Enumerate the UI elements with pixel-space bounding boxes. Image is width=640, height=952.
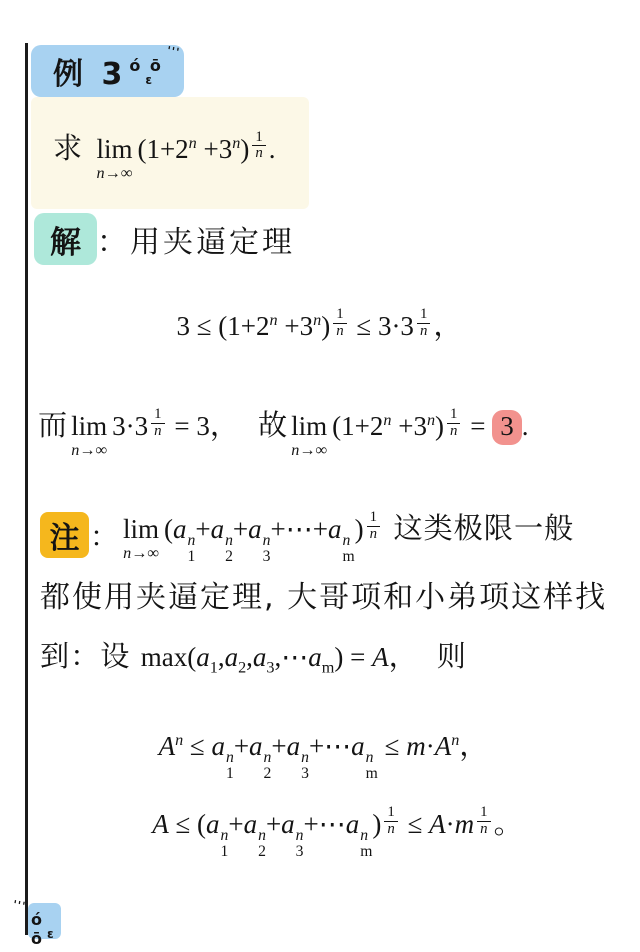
math-token: a bbox=[244, 809, 258, 839]
math-token: an3 bbox=[287, 731, 309, 781]
math-token: 3 bbox=[296, 844, 304, 860]
math-token: A bbox=[372, 642, 389, 672]
math-token: a bbox=[253, 642, 267, 672]
math-token: +3 bbox=[391, 411, 426, 441]
math-token: lim bbox=[96, 136, 132, 163]
math-token: 3 bbox=[301, 766, 309, 782]
math-token: +⋯+ bbox=[270, 514, 327, 544]
math-token: 1n bbox=[384, 805, 397, 837]
math-token: + bbox=[195, 514, 210, 544]
math-token: ， bbox=[389, 639, 419, 673]
math-token: n→∞ bbox=[123, 545, 159, 561]
math-token: 1 bbox=[367, 510, 380, 527]
math-token: 1 bbox=[447, 407, 460, 424]
math-token: 2 bbox=[264, 766, 272, 782]
math-token: ( bbox=[164, 514, 173, 544]
doodle-ticks: ''' bbox=[166, 44, 181, 59]
math-token: (1+2 bbox=[332, 411, 383, 441]
math-token: 2 bbox=[238, 658, 246, 676]
math-token: 2 bbox=[258, 844, 266, 860]
math-token: 故 bbox=[258, 408, 288, 442]
math-token: ) bbox=[321, 311, 330, 341]
math-token: m bbox=[360, 844, 372, 860]
math-token: 1n bbox=[447, 407, 460, 439]
math-token: 1 bbox=[252, 130, 265, 147]
math-token: n bbox=[342, 533, 350, 549]
math-token: n2 bbox=[258, 828, 266, 859]
math-token: · bbox=[426, 731, 435, 761]
math-token: ) = bbox=[334, 642, 372, 672]
math-token: (1+2 bbox=[137, 134, 188, 164]
math-token: 求 bbox=[53, 131, 93, 165]
math-token: n bbox=[270, 311, 278, 329]
math-token: = 3 bbox=[168, 411, 210, 441]
note-badge: 注 bbox=[40, 512, 89, 558]
math-token: n bbox=[225, 533, 233, 549]
math-token: m bbox=[406, 731, 426, 761]
math-token: m bbox=[366, 766, 378, 782]
math-token: 则 bbox=[437, 639, 467, 673]
math-token: + bbox=[266, 809, 281, 839]
doodle-face-icon: ó ō ε ''' bbox=[126, 49, 182, 93]
math-token: m bbox=[455, 809, 475, 839]
math-token: 。 bbox=[494, 806, 524, 840]
math-token: ,⋯ bbox=[275, 642, 309, 672]
limit-operator: limn→∞ bbox=[71, 413, 107, 458]
math-token: +⋯ bbox=[304, 809, 346, 839]
limit-operator: limn→∞ bbox=[96, 136, 132, 181]
math-token: a bbox=[351, 731, 365, 761]
math-token: ≤ bbox=[183, 731, 211, 761]
math-token: an2 bbox=[211, 514, 233, 564]
doodle-ticks: ''' bbox=[12, 898, 27, 913]
math-token: ) bbox=[435, 411, 444, 441]
math-token: an2 bbox=[249, 731, 271, 781]
math-token: +3 bbox=[197, 134, 232, 164]
math-token: ≤ ( bbox=[169, 809, 206, 839]
math-token: n bbox=[255, 146, 262, 162]
math-token: n bbox=[301, 750, 309, 766]
math-token: a bbox=[225, 642, 239, 672]
math-token: nm bbox=[360, 828, 372, 859]
math-token: a bbox=[206, 809, 220, 839]
problem-card: 求 limn→∞(1+2n +3n)1n. bbox=[31, 97, 309, 209]
math-token: n→∞ bbox=[71, 442, 107, 458]
math-token: 3 bbox=[263, 549, 271, 565]
math-token: + bbox=[233, 514, 248, 544]
math-token: an3 bbox=[281, 809, 303, 859]
math-token: max( bbox=[141, 642, 196, 672]
math-token: n bbox=[450, 424, 457, 440]
math-token: 1n bbox=[151, 407, 164, 439]
math-token: n bbox=[296, 828, 304, 844]
math-token: a bbox=[211, 731, 225, 761]
math-token: 1n bbox=[252, 130, 265, 162]
math-token: ， bbox=[210, 408, 240, 442]
math-token: ≤ bbox=[378, 731, 406, 761]
math-token: anm bbox=[351, 731, 378, 781]
math-token: 1n bbox=[417, 307, 430, 339]
math-token: n bbox=[420, 324, 427, 340]
math-token: 1 bbox=[221, 844, 229, 860]
math-token: an1 bbox=[206, 809, 228, 859]
math-token: n bbox=[154, 424, 161, 440]
problem-formula: 求 limn→∞(1+2n +3n)1n. bbox=[53, 125, 276, 181]
general-inequality-2: A ≤ (an1+an2+an3+⋯anm)1n ≤ A·m1n。 bbox=[0, 800, 640, 859]
math-token: , bbox=[246, 642, 253, 672]
math-token: + bbox=[234, 731, 249, 761]
math-token: 而 bbox=[38, 408, 68, 442]
note-line-3: 到：设 max(a1,a2,a3,⋯am) = A，则 bbox=[40, 633, 467, 677]
note-colon: ： bbox=[90, 515, 118, 555]
math-token: n bbox=[189, 134, 197, 152]
math-token: 1 bbox=[188, 549, 196, 565]
math-token: 1 bbox=[151, 407, 164, 424]
math-token: a bbox=[196, 642, 210, 672]
solution-text: ：用夹逼定理 bbox=[97, 217, 295, 261]
math-token: m bbox=[342, 549, 354, 565]
math-token: 2 bbox=[225, 549, 233, 565]
math-token: a bbox=[346, 809, 360, 839]
math-token: a bbox=[173, 514, 187, 544]
math-token: ， bbox=[433, 308, 463, 342]
note-line-2: 都使用夹逼定理, 大哥项和小弟项这样找 bbox=[40, 572, 607, 616]
conclusion-line: 而limn→∞3·31n = 3，故limn→∞(1+2n +3n)1n = 3… bbox=[38, 402, 528, 458]
note-line-1: 注 ： limn→∞(an1+an2+an3+⋯+anm)1n 这类极限一般 bbox=[40, 505, 574, 564]
math-token: 这类极限一般 bbox=[383, 511, 574, 545]
math-token: +3 bbox=[278, 311, 313, 341]
math-token: 3 ≤ (1+2 bbox=[176, 311, 269, 341]
math-token: n2 bbox=[225, 533, 233, 564]
limit-operator: limn→∞ bbox=[123, 516, 159, 561]
math-token: n bbox=[313, 311, 321, 329]
math-token: a bbox=[211, 514, 225, 544]
math-token: n bbox=[387, 822, 394, 838]
math-token: 1n bbox=[477, 805, 490, 837]
math-token: 3 bbox=[266, 658, 274, 676]
solution-line: 解 ：用夹逼定理 bbox=[34, 213, 295, 265]
math-token: 1 bbox=[417, 307, 430, 324]
math-token: +⋯ bbox=[309, 731, 351, 761]
math-token: n1 bbox=[226, 750, 234, 781]
squeeze-inequality: 3 ≤ (1+2n +3n)1n ≤ 3·31n， bbox=[0, 302, 640, 344]
math-token: + bbox=[228, 809, 243, 839]
math-token: n bbox=[336, 324, 343, 340]
math-token: n bbox=[480, 822, 487, 838]
doodle-mouth: ε bbox=[145, 73, 152, 87]
doodle-eyes: ó ō bbox=[31, 910, 44, 948]
math-token: n bbox=[427, 411, 435, 429]
math-token: a bbox=[248, 514, 262, 544]
math-token: n bbox=[226, 750, 234, 766]
math-token: n→∞ bbox=[97, 165, 133, 181]
notes-page: 例 3 ó ō ε ''' 求 limn→∞(1+2n +3n)1n. 解 ：用… bbox=[0, 0, 640, 952]
math-token: + bbox=[271, 731, 286, 761]
math-token: ≤ bbox=[401, 809, 429, 839]
math-token: an1 bbox=[211, 731, 233, 781]
math-token: a bbox=[287, 731, 301, 761]
general-inequality-1: An ≤ an1+an2+an3+⋯anm ≤ m·An， bbox=[0, 722, 640, 781]
math-token: ) bbox=[372, 809, 381, 839]
math-token: a bbox=[308, 642, 322, 672]
math-token: 到：设 bbox=[40, 639, 141, 673]
math-token: 1 bbox=[210, 658, 218, 676]
math-token: 1 bbox=[384, 805, 397, 822]
math-token: A bbox=[429, 809, 446, 839]
math-token: n3 bbox=[301, 750, 309, 781]
math-token: A bbox=[159, 731, 176, 761]
math-token: A bbox=[435, 731, 452, 761]
math-token: nm bbox=[342, 533, 354, 564]
math-token: . bbox=[269, 134, 276, 164]
math-token: n bbox=[258, 828, 266, 844]
math-token: anm bbox=[328, 514, 355, 564]
note-limit-formula: limn→∞(an1+an2+an3+⋯+anm)1n 这类极限一般 bbox=[120, 505, 574, 564]
math-token: n bbox=[370, 527, 377, 543]
math-token: · bbox=[446, 809, 455, 839]
math-token: lim bbox=[123, 516, 159, 543]
math-token: an3 bbox=[248, 514, 270, 564]
math-token: a bbox=[281, 809, 295, 839]
footer-doodle-badge: ó ō ε ''' bbox=[28, 903, 61, 939]
math-token: m bbox=[322, 658, 335, 676]
doodle-mouth: ε bbox=[47, 927, 54, 941]
math-token: an2 bbox=[244, 809, 266, 859]
math-token: a bbox=[328, 514, 342, 544]
math-token: ) bbox=[355, 514, 364, 544]
math-token: 1 bbox=[333, 307, 346, 324]
math-token: A bbox=[152, 809, 169, 839]
math-token: nm bbox=[366, 750, 378, 781]
solution-badge: 解 bbox=[34, 213, 97, 265]
math-token: , bbox=[218, 642, 225, 672]
math-token: anm bbox=[346, 809, 373, 859]
math-token: n bbox=[366, 750, 374, 766]
math-token: ) bbox=[240, 134, 249, 164]
math-token: 1 bbox=[477, 805, 490, 822]
math-token: = bbox=[463, 411, 492, 441]
math-token: lim bbox=[71, 413, 107, 440]
math-token: 1n bbox=[367, 510, 380, 542]
math-token: lim bbox=[291, 413, 327, 440]
math-token: ， bbox=[459, 728, 489, 762]
math-token: ≤ 3·3 bbox=[350, 311, 414, 341]
math-token: . bbox=[522, 411, 529, 441]
math-token: 1 bbox=[226, 766, 234, 782]
math-token: a bbox=[249, 731, 263, 761]
math-token: 1n bbox=[333, 307, 346, 339]
math-token: an1 bbox=[173, 514, 195, 564]
math-token: n bbox=[360, 828, 368, 844]
highlighted-value: 3 bbox=[492, 410, 522, 445]
example-label: 例 3 bbox=[53, 49, 126, 93]
math-token: n3 bbox=[296, 828, 304, 859]
example-badge: 例 3 ó ō ε ''' bbox=[31, 45, 184, 97]
limit-operator: limn→∞ bbox=[291, 413, 327, 458]
math-token: n bbox=[175, 731, 183, 749]
math-token: 3·3 bbox=[112, 411, 148, 441]
math-token: n→∞ bbox=[291, 442, 327, 458]
